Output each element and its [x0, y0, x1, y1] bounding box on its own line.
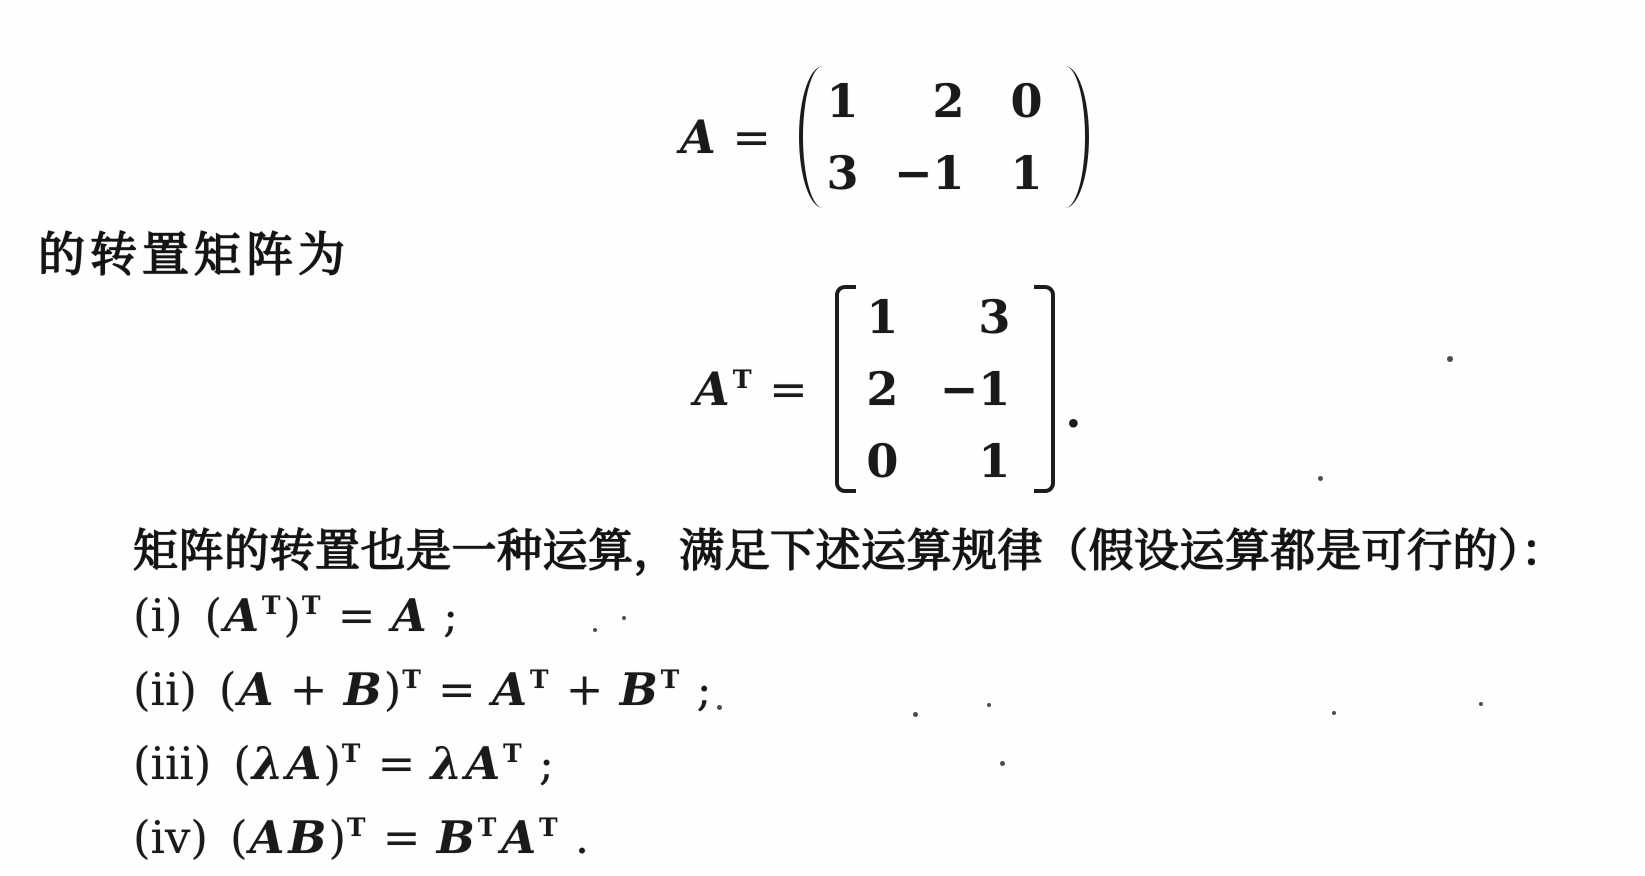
scan-speck — [1332, 711, 1336, 715]
matrix-A-cells: 1203−11 — [823, 73, 1065, 201]
right-bracket — [1034, 285, 1055, 493]
scan-speck — [622, 616, 626, 620]
math-text: = — [755, 362, 823, 416]
period: . — [1065, 384, 1081, 438]
bold-italic-symbol: A — [465, 737, 500, 790]
matrix-cell: 3 — [978, 289, 1010, 345]
scan-speck — [1447, 356, 1453, 362]
bold-italic-symbol: A — [286, 737, 321, 790]
rule-formula: (A + B)T = AT + BT ; — [219, 662, 712, 725]
matrix-cell: 1 — [978, 433, 1010, 489]
math-text: ; — [682, 663, 711, 716]
superscript-T: T — [478, 813, 496, 842]
bold-italic-symbol: A — [680, 110, 716, 164]
matrix-cell: 2 — [866, 361, 898, 417]
italic-symbol: λ — [431, 737, 463, 790]
scan-speck — [1479, 702, 1483, 706]
matrix-cell: −1 — [940, 361, 1011, 417]
superscript-T: T — [347, 813, 365, 842]
bold-italic-symbol: B — [288, 811, 326, 864]
bold-italic-symbol: A — [392, 589, 427, 642]
math-text: = — [323, 589, 389, 642]
math-text: + — [275, 663, 341, 716]
math-text: ( — [233, 737, 251, 790]
matrix-cell: 2 — [932, 73, 964, 129]
matrix-A-transpose-label: AT = — [692, 362, 822, 416]
math-text: + — [551, 663, 617, 716]
rule-formula: (AT)T = A ; — [205, 588, 459, 651]
transpose-rule-line: (ii)(A + B)T = AT + BT ; — [133, 662, 712, 718]
matrix-cell: 1 — [1010, 145, 1042, 201]
superscript-T: T — [503, 739, 521, 768]
math-text: ( — [230, 811, 248, 864]
math-text: = — [368, 811, 434, 864]
math-text: = — [424, 663, 490, 716]
matrix-cell: 1 — [866, 289, 898, 345]
rule-formula: (λA)T = λAT ; — [233, 736, 554, 799]
math-text: = — [718, 110, 786, 164]
bold-italic-symbol: B — [344, 663, 382, 716]
math-text: ) — [328, 811, 346, 864]
right-parenthesis — [1065, 66, 1089, 208]
superscript-T: T — [342, 739, 360, 768]
paragraph-text: 矩阵的转置也是一种运算，满足下述运算规律（假设运算都是可行的）： — [133, 514, 1567, 579]
bold-italic-symbol: B — [620, 663, 658, 716]
math-text: ; — [429, 589, 458, 642]
superscript-T: T — [661, 665, 679, 694]
scan-speck — [593, 628, 597, 632]
scan-speck — [913, 712, 918, 717]
transpose-rules-list: (i)(AT)T = A ;(ii)(A + B)T = AT + BT ;(i… — [133, 588, 712, 876]
math-text: ) — [384, 663, 402, 716]
italic-symbol: λ — [252, 737, 284, 790]
scan-speck — [1318, 476, 1323, 481]
matrix-A-equation: A = 1203−11 — [678, 66, 1089, 208]
matrix-A-label: A = — [678, 110, 786, 164]
scan-speck — [717, 705, 722, 710]
superscript-T: T — [402, 665, 420, 694]
math-text: ) — [323, 737, 341, 790]
bold-italic-symbol: A — [250, 811, 285, 864]
bold-italic-symbol: A — [238, 663, 273, 716]
superscript-T: T — [733, 364, 752, 394]
left-bracket — [835, 285, 856, 493]
matrix-cell: 0 — [1010, 73, 1042, 129]
bold-italic-symbol: A — [694, 362, 730, 416]
left-parenthesis — [799, 66, 823, 208]
matrix-cell: 1 — [826, 73, 858, 129]
bold-italic-symbol: B — [437, 811, 475, 864]
superscript-T: T — [262, 591, 280, 620]
math-text: ( — [205, 589, 223, 642]
superscript-T: T — [302, 591, 320, 620]
bold-italic-symbol: A — [492, 663, 527, 716]
matrix-cell: 3 — [826, 145, 858, 201]
scan-speck — [987, 703, 991, 707]
intro-text: 的转置矩阵为 — [38, 218, 350, 285]
math-text: ( — [219, 663, 237, 716]
superscript-T: T — [530, 665, 548, 694]
matrix-A-transpose-cells: 132−101 — [856, 289, 1034, 489]
rule-label: (ii) — [133, 662, 197, 718]
matrix-A-transpose-equation: AT = 132−101 . — [692, 285, 1081, 493]
bold-italic-symbol: A — [501, 811, 536, 864]
math-text: ; — [525, 737, 554, 790]
math-text: . — [561, 811, 590, 864]
superscript-T: T — [539, 813, 557, 842]
matrix-cell: 0 — [866, 433, 898, 489]
bold-italic-symbol: A — [224, 589, 259, 642]
transpose-rule-line: (iv)(AB)T = BTAT . — [133, 810, 712, 866]
scan-speck — [1000, 761, 1005, 766]
rule-label: (iv) — [133, 810, 208, 866]
matrix-cell: −1 — [894, 145, 965, 201]
transpose-rule-line: (iii)(λA)T = λAT ; — [133, 736, 712, 792]
scanned-textbook-page: A = 1203−11 的转置矩阵为 AT = 132−101 . 矩阵的转置也… — [0, 0, 1645, 876]
rule-formula: (AB)T = BTAT . — [230, 810, 589, 873]
math-text: ) — [283, 589, 301, 642]
math-text: = — [363, 737, 429, 790]
rule-label: (iii) — [133, 736, 211, 792]
rule-label: (i) — [133, 588, 183, 644]
